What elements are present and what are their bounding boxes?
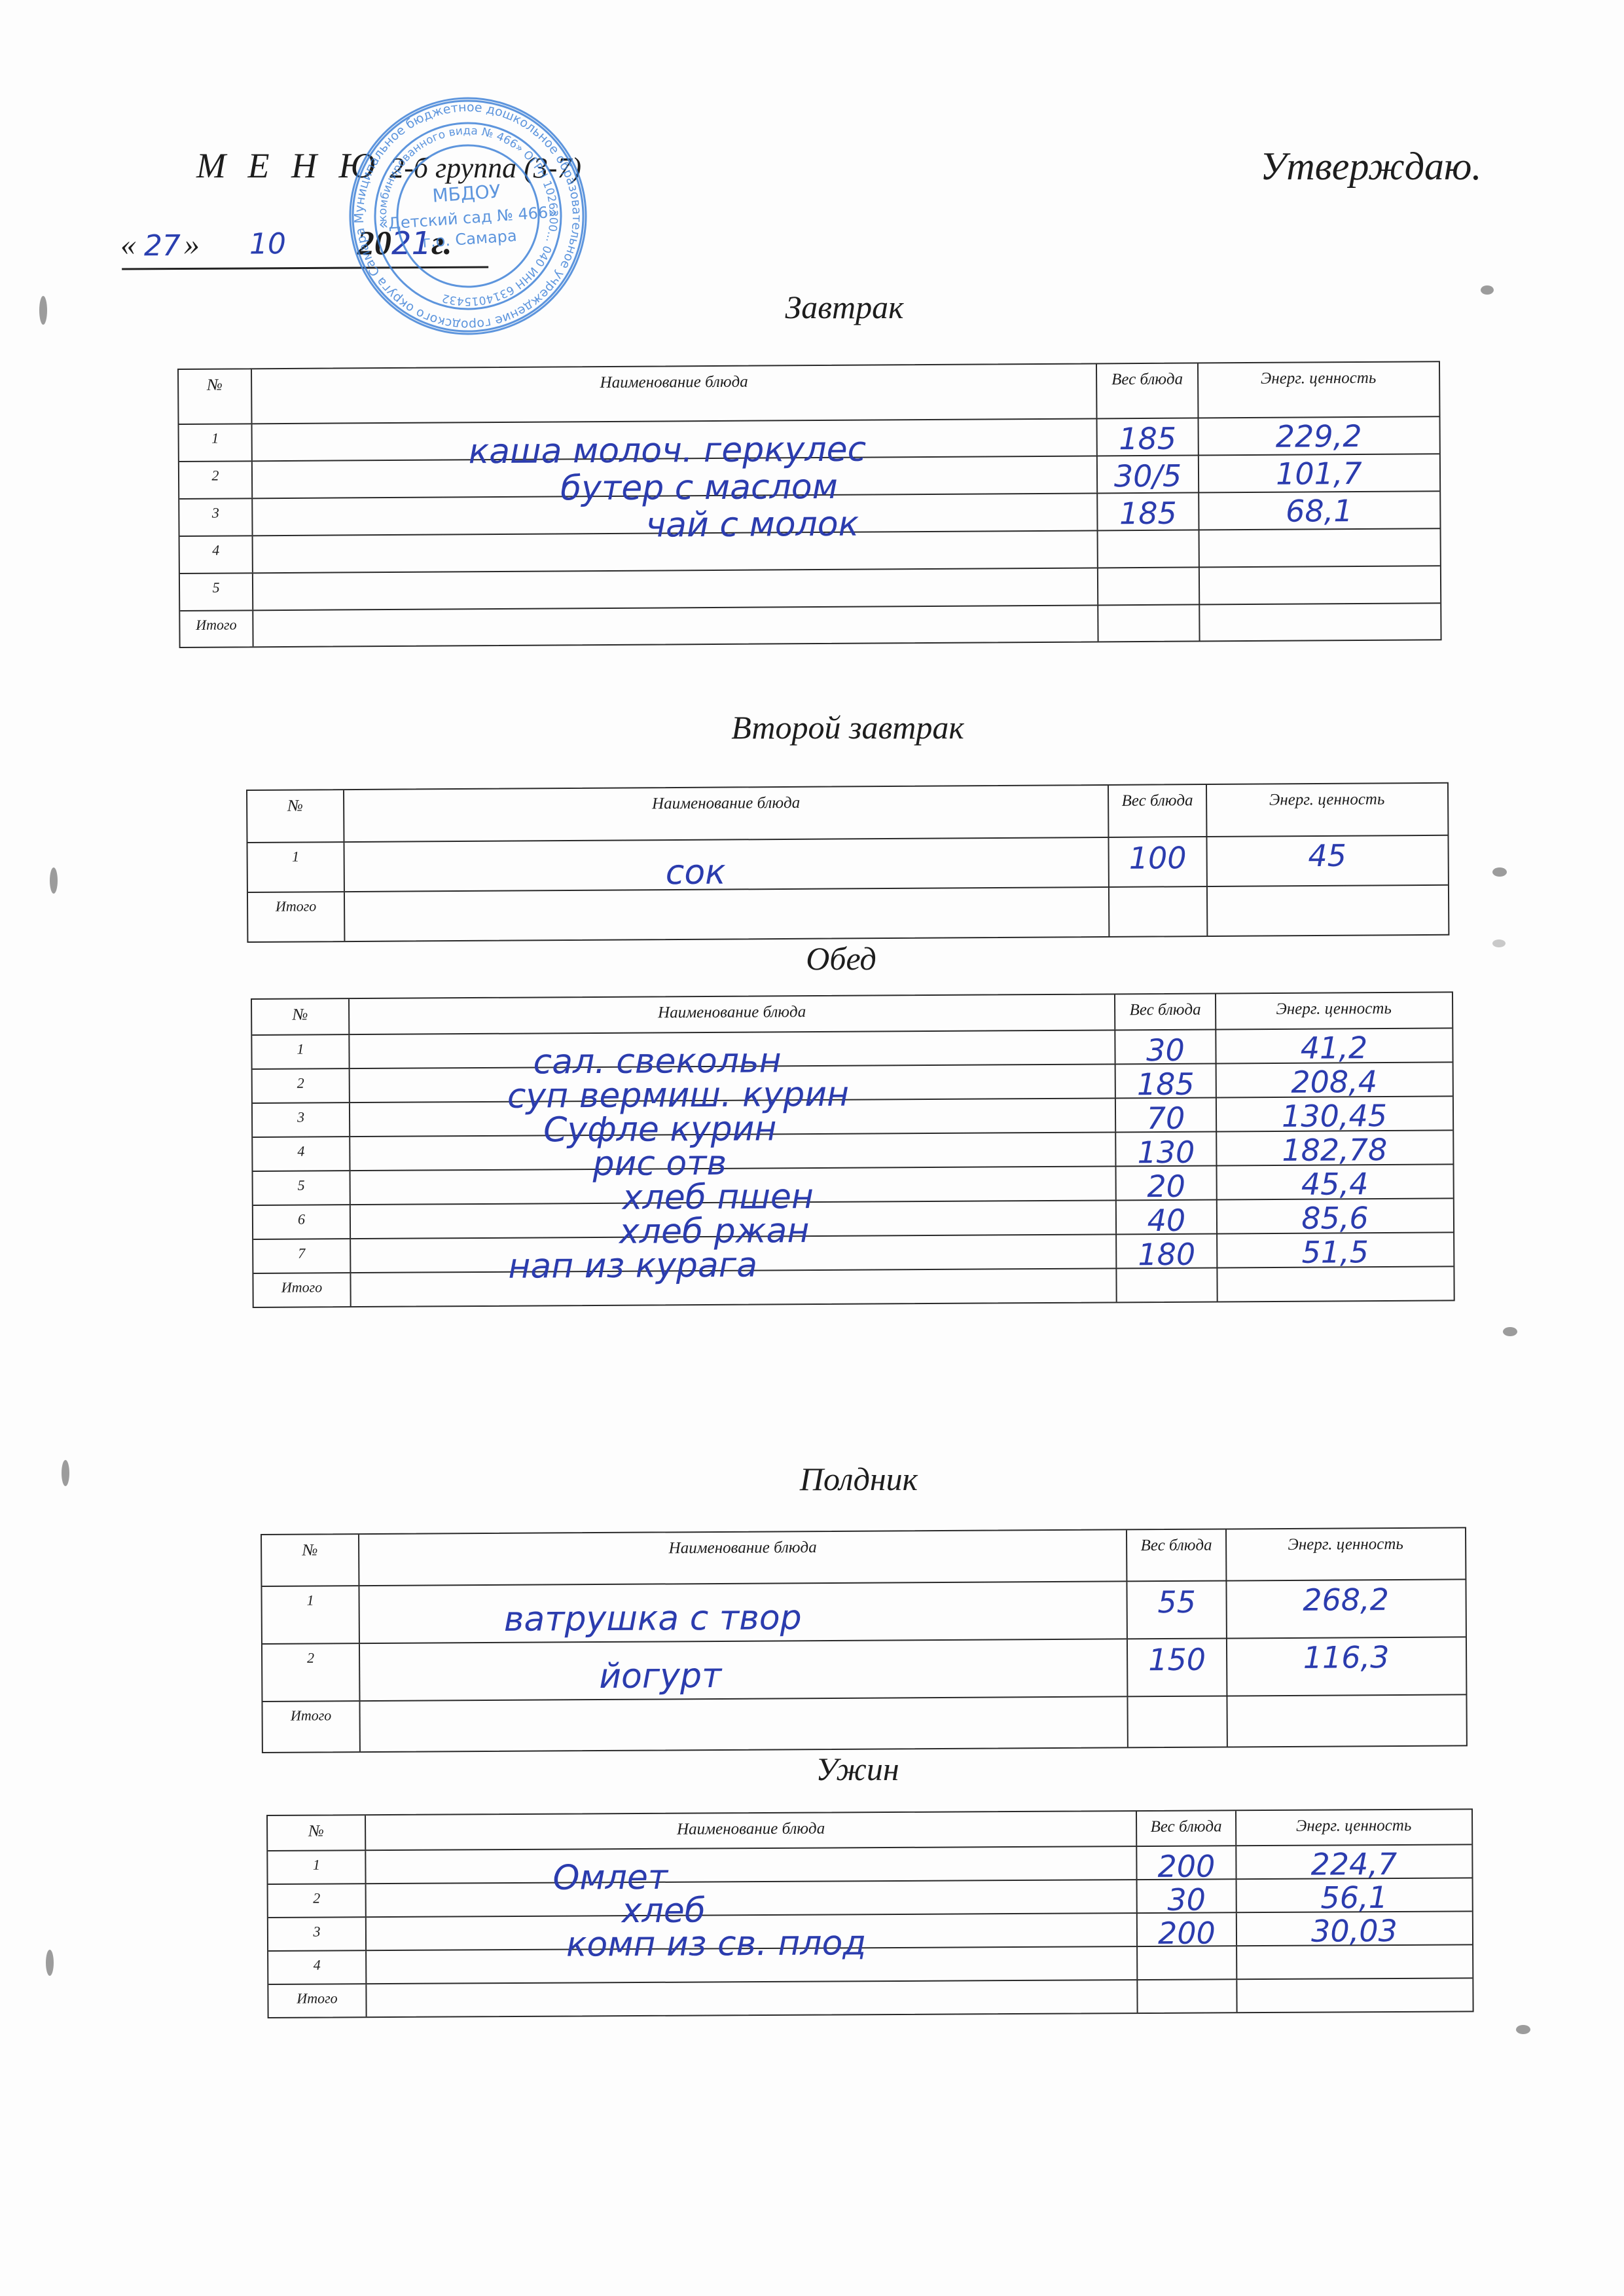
dish-name-cell: нап из курага [350,1235,1115,1272]
dish-energy-cell: 130,45 [1216,1097,1452,1131]
dish-weight: 40 [1147,1202,1186,1237]
table-total-row: Итого [248,884,1448,941]
dish-name-cell: Суфле курин [349,1099,1115,1136]
dish-energy-cell: 101,7 [1198,454,1439,492]
column-header-weight: Вес блюда [1136,1811,1235,1846]
table-total-row: Итого [253,1266,1453,1307]
table-total-row: Итого [268,1977,1472,2017]
table-total-row: Итого [180,602,1440,647]
table-row: 2бутер с маслом30/5101,7 [179,453,1439,498]
table-row: 2суп вермиш. курин185208,4 [253,1061,1453,1102]
dish-energy: 45 [1308,837,1346,873]
total-cell [1108,887,1206,936]
total-label: Итого [253,1273,350,1307]
approval-label: Утверждаю. [1260,144,1481,189]
dish-weight: 30 [1167,1882,1206,1917]
row-number: 2 [253,1069,349,1102]
dish-energy: 45,4 [1301,1166,1369,1202]
total-label: Итого [180,611,252,647]
dish-weight-cell: 20 [1115,1167,1216,1200]
dish-energy-cell: 56,1 [1236,1878,1471,1912]
meal-table: №Наименование блюдаВес блюдаЭнерг. ценно… [177,361,1442,648]
dish-weight: 130 [1137,1134,1195,1170]
dish-weight-cell: 185 [1096,418,1197,455]
row-number: 1 [248,843,344,892]
dish-energy: 56,1 [1320,1880,1388,1916]
dish-weight-cell: 30 [1136,1880,1236,1912]
total-cell [1206,886,1447,936]
dish-energy: 51,5 [1301,1234,1369,1270]
dish-weight: 150 [1148,1642,1206,1678]
row-number: 7 [253,1239,350,1273]
total-label: Итого [268,1984,365,2017]
total-cell [1097,605,1199,641]
dish-name: ватрушка с твор [504,1598,802,1639]
scan-mark [39,296,47,325]
dish-name-cell: хлеб пшен [350,1167,1115,1204]
dish-weight-cell: 55 [1126,1582,1225,1639]
table-row: 4 [268,1944,1472,1984]
dish-energy: 116,3 [1303,1639,1390,1675]
dish-weight-cell: 150 [1127,1639,1226,1696]
official-stamp: Муниципальное бюджетное дошкольное образ… [339,87,598,346]
dish-weight: 20 [1147,1168,1185,1203]
column-header-no: № [179,369,251,424]
dish-weight-cell: 200 [1136,1913,1236,1946]
row-number: 4 [180,536,252,573]
row-number: 2 [179,462,251,498]
table-row: 7нап из курага18051,5 [253,1231,1453,1273]
total-label: Итого [262,1702,359,1752]
total-label: Итого [248,892,344,941]
column-header-energy: Энерг. ценность [1225,1528,1464,1580]
column-header-no: № [262,1535,358,1586]
table-row: 1каша молоч. геркулес185229,2 [179,416,1439,461]
table-row: 3чай с молок18568,1 [179,490,1439,536]
dish-energy-cell: 45 [1206,836,1447,886]
date-open-quote: « [120,227,136,263]
dish-energy-cell: 41,2 [1215,1029,1451,1063]
dish-name-cell: ватрушка с твор [358,1582,1126,1643]
dish-energy-cell [1236,1945,1471,1978]
dish-energy-cell: 229,2 [1197,417,1438,454]
dish-energy: 68,1 [1286,493,1353,529]
column-header-weight: Вес блюда [1114,994,1215,1030]
column-header-name: Наименование блюда [343,786,1108,841]
dish-energy-cell: 224,7 [1235,1845,1471,1878]
scan-mark [1492,867,1507,877]
dish-weight-cell: 70 [1115,1099,1216,1132]
column-header-weight: Вес блюда [1096,363,1197,418]
dish-energy-cell: 116,3 [1226,1637,1465,1695]
table-row: 3Суфле курин70130,45 [253,1095,1453,1137]
dish-weight-cell: 185 [1115,1065,1216,1098]
dish-energy: 182,78 [1282,1132,1387,1168]
table-row: 3комп из св. плод20030,03 [268,1910,1472,1950]
column-header-weight: Вес блюда [1108,785,1206,837]
dish-weight: 200 [1158,1915,1216,1950]
dish-energy: 268,2 [1303,1582,1389,1618]
stamp-center-line-3: г.о. Самара [422,227,517,251]
dish-weight: 30 [1146,1032,1185,1067]
dish-name-cell: хлеб [365,1880,1136,1916]
dish-energy-cell: 68,1 [1198,492,1439,529]
total-cell [365,1980,1136,2016]
column-header-energy: Энерг. ценность [1235,1810,1471,1845]
dish-energy: 85,6 [1301,1200,1369,1236]
row-number: 3 [253,1103,349,1137]
dish-energy: 208,4 [1291,1064,1377,1100]
total-cell [1199,604,1439,640]
dish-weight-cell: 100 [1108,837,1206,886]
dish-weight-cell [1136,1946,1236,1979]
dish-energy: 229,2 [1276,418,1362,454]
dish-name-cell [252,568,1097,610]
column-header-no: № [252,999,348,1034]
column-header-name: Наименование блюда [251,364,1096,423]
row-number: 3 [268,1918,365,1950]
dish-energy: 224,7 [1310,1846,1397,1882]
table-row: 1сок10045 [247,835,1447,892]
table-row: 2йогурт150116,3 [262,1636,1466,1701]
row-number: 2 [262,1644,359,1701]
dish-energy: 30,03 [1311,1913,1398,1949]
dish-energy-cell [1199,529,1439,566]
table-row: 1Омлет200224,7 [268,1844,1471,1884]
meal-table: №Наименование блюдаВес блюдаЭнерг. ценно… [266,1808,1474,2018]
meal-title: Обед [806,939,876,977]
dish-name-cell: Омлет [365,1847,1136,1883]
date-month: 10 [249,227,286,261]
dish-name-cell: рис отв [349,1133,1115,1170]
table-row: 4рис отв130182,78 [253,1129,1453,1171]
dish-weight: 55 [1157,1584,1196,1620]
dish-energy-cell: 45,4 [1216,1165,1453,1199]
dish-weight-cell: 30/5 [1096,456,1198,492]
dish-energy-cell [1199,566,1439,604]
table-header-row: №Наименование блюдаВес блюдаЭнерг. ценно… [247,784,1447,842]
meal-title: Ужин [816,1750,899,1788]
table-header-row: №Наименование блюдаВес блюдаЭнерг. ценно… [268,1810,1471,1850]
total-cell [1115,1269,1216,1302]
total-cell [359,1697,1127,1751]
total-cell [1226,1695,1465,1746]
column-header-energy: Энерг. ценность [1206,784,1447,836]
dish-weight-cell: 30 [1114,1030,1215,1064]
dish-name-cell [252,531,1097,572]
table-row: 1сал. свекольн3041,2 [252,1027,1452,1068]
meal-title: Второй завтрак [731,708,964,746]
dish-name-cell: каша молоч. геркулес [251,419,1096,460]
dish-energy-cell: 85,6 [1216,1199,1453,1233]
table-header-row: №Наименование блюдаВес блюдаЭнерг. ценно… [262,1528,1465,1586]
scan-mark [1481,285,1494,295]
dish-weight: 70 [1147,1100,1185,1135]
dish-energy-cell: 208,4 [1216,1063,1452,1097]
scan-mark [62,1460,69,1486]
column-header-no: № [247,790,343,842]
dish-weight-cell: 130 [1115,1133,1216,1166]
row-number: 1 [268,1851,365,1884]
table-total-row: Итого [262,1694,1466,1752]
meal-title: Завтрак [785,288,904,326]
dish-name-cell: сал. свекольн [348,1030,1114,1068]
total-cell [1127,1697,1226,1747]
row-number: 5 [253,1171,350,1205]
total-cell [1216,1267,1453,1301]
row-number: 3 [179,499,251,536]
column-header-no: № [268,1815,365,1850]
scan-mark [46,1950,54,1976]
column-header-weight: Вес блюда [1126,1530,1225,1581]
table-row: 5 [180,565,1440,610]
dish-weight-cell: 180 [1115,1235,1216,1268]
row-number: 1 [252,1035,348,1068]
dish-weight-cell [1097,568,1199,604]
total-cell [350,1269,1115,1306]
dish-weight: 180 [1138,1236,1195,1272]
dish-name-cell: йогурт [359,1639,1127,1700]
row-number: 6 [253,1205,350,1239]
scan-mark [1503,1327,1517,1336]
dish-energy-cell: 30,03 [1236,1912,1471,1945]
total-cell [1236,1978,1471,2012]
date-day: 27 [144,229,181,263]
dish-energy-cell: 268,2 [1225,1580,1464,1637]
dish-weight-cell: 200 [1136,1846,1235,1879]
scan-mark [1492,939,1506,947]
dish-name-cell: комп из св. плод [365,1914,1136,1950]
dish-name-cell: хлеб ржан [350,1201,1115,1238]
table-row: 6хлеб ржан4085,6 [253,1197,1453,1239]
dish-weight-cell: 40 [1115,1201,1216,1234]
total-cell [252,606,1097,646]
dish-name: сок [666,853,726,893]
dish-weight: 30/5 [1114,458,1182,494]
dish-weight: 185 [1137,1066,1195,1102]
table-row: 2хлеб3056,1 [268,1877,1472,1917]
row-number: 5 [180,574,252,610]
dish-weight-cell: 185 [1096,493,1198,530]
row-number: 4 [253,1137,349,1171]
total-cell [344,888,1108,941]
stamp-center-line-2: «Детский сад № 466» [378,202,558,233]
meal-title: Полдник [800,1460,918,1498]
dish-name-cell: бутер с маслом [251,456,1096,498]
dish-weight: 200 [1157,1848,1215,1884]
dish-weight: 185 [1119,496,1177,532]
row-number: 1 [262,1586,358,1643]
column-header-name: Наименование блюда [365,1812,1136,1850]
dish-energy: 41,2 [1301,1030,1368,1066]
dish-weight: 185 [1119,421,1176,457]
dish-name-cell: чай с молок [251,494,1096,535]
dish-weight-cell [1097,530,1199,567]
dish-name-cell: сок [343,838,1108,891]
meal-table: №Наименование блюдаВес блюдаЭнерг. ценно… [261,1527,1468,1753]
dish-energy-cell: 182,78 [1216,1131,1452,1165]
row-number: 1 [179,424,251,461]
table-header-row: №Наименование блюдаВес блюдаЭнерг. ценно… [252,993,1452,1034]
column-header-name: Наименование блюда [358,1530,1126,1585]
table-row: 1ватрушка с твор55268,2 [262,1578,1465,1643]
scan-mark [50,867,58,894]
table-header-row: №Наименование блюдаВес блюдаЭнерг. ценно… [179,362,1439,424]
table-row: 4 [180,528,1440,573]
meal-table: №Наименование блюдаВес блюдаЭнерг. ценно… [246,782,1449,943]
dish-energy: 101,7 [1276,456,1362,492]
table-row: 5хлеб пшен2045,4 [253,1163,1453,1205]
dish-name-cell [365,1947,1136,1983]
total-cell [1136,1980,1236,2013]
column-header-name: Наименование блюда [348,994,1114,1034]
dish-name-cell: суп вермиш. курин [349,1065,1115,1102]
stamp-center-line-1: МБДОУ [431,180,501,206]
column-header-energy: Энерг. ценность [1197,362,1438,417]
dish-energy: 130,45 [1282,1098,1387,1134]
dish-weight: 100 [1129,840,1187,876]
scan-mark [1516,2025,1530,2034]
dish-name: йогурт [599,1656,721,1696]
column-header-energy: Энерг. ценность [1215,993,1451,1029]
dish-energy-cell: 51,5 [1216,1233,1453,1267]
meal-table: №Наименование блюдаВес блюдаЭнерг. ценно… [251,991,1455,1308]
row-number: 2 [268,1884,365,1917]
date-close-quote: » [184,227,200,263]
row-number: 4 [268,1951,365,1984]
